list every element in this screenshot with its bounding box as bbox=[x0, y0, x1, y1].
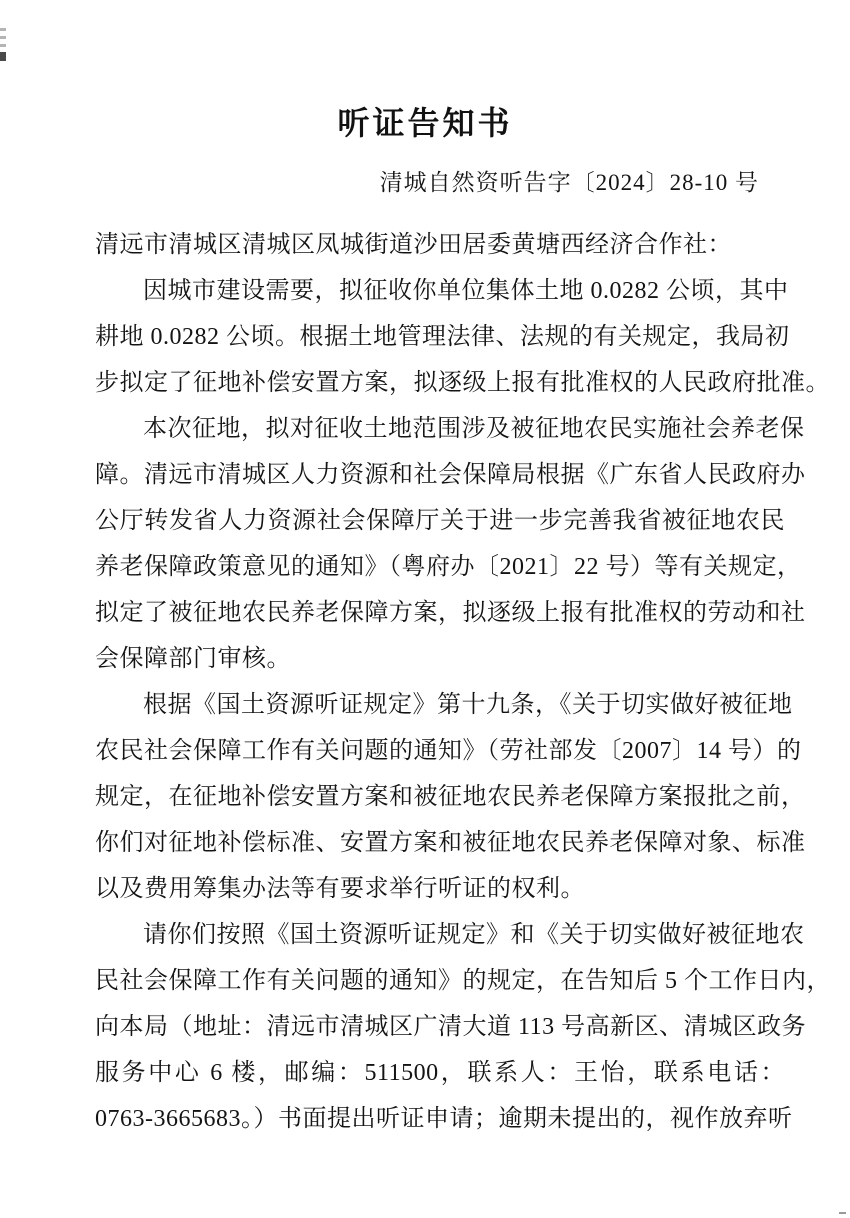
body-line: 步拟定了征地补偿安置方案，拟逐级上报有批准权的人民政府批准。 bbox=[95, 360, 785, 406]
scan-artifact-mark bbox=[0, 52, 6, 61]
body-line: 农民社会保障工作有关问题的通知》（劳社部发〔2007〕14 号）的 bbox=[95, 728, 785, 774]
body-line: 会保障部门审核。 bbox=[95, 636, 785, 682]
body-line: 向本局（地址：清远市清城区广清大道 113 号高新区、清城区政务 bbox=[95, 1004, 785, 1050]
body-line: 服务中心 6 楼，邮编：511500，联系人：王怡，联系电话： bbox=[95, 1050, 785, 1096]
body-line: 请你们按照《国土资源听证规定》和《关于切实做好被征地农 bbox=[95, 912, 785, 958]
body-line: 0763-3665683。）书面提出听证申请；逾期未提出的，视作放弃听 bbox=[95, 1096, 785, 1142]
body-line: 规定，在征地补偿安置方案和被征地农民养老保障方案报批之前， bbox=[95, 774, 785, 820]
scan-artifact-mark bbox=[0, 44, 6, 47]
document-number: 清城自然资听告字〔2024〕28-10 号 bbox=[95, 168, 785, 198]
body-line: 因城市建设需要，拟征收你单位集体土地 0.0282 公顷，其中 bbox=[95, 268, 785, 314]
body-line: 民社会保障工作有关问题的通知》的规定，在告知后 5 个工作日内， bbox=[95, 958, 785, 1004]
paragraphs-container: 因城市建设需要，拟征收你单位集体土地 0.0282 公顷，其中耕地 0.0282… bbox=[95, 268, 785, 1142]
paragraph: 本次征地，拟对征收土地范围涉及被征地农民实施社会养老保障。清远市清城区人力资源和… bbox=[95, 406, 785, 682]
body-line: 以及费用筹集办法等有要求举行听证的权利。 bbox=[95, 866, 785, 912]
body-line: 你们对征地补偿标准、安置方案和被征地农民养老保障对象、标准 bbox=[95, 820, 785, 866]
body-line: 拟定了被征地农民养老保障方案，拟逐级上报有批准权的劳动和社 bbox=[95, 590, 785, 636]
scan-artifact-mark bbox=[0, 36, 6, 39]
body-line: 本次征地，拟对征收土地范围涉及被征地农民实施社会养老保 bbox=[95, 406, 785, 452]
scan-artifact-mark bbox=[0, 28, 6, 31]
document-title: 听证告知书 bbox=[0, 102, 850, 144]
addressee-line: 清远市清城区清城区凤城街道沙田居委黄塘西经济合作社： bbox=[95, 222, 785, 268]
body-line: 养老保障政策意见的通知》（粤府办〔2021〕22 号）等有关规定， bbox=[95, 544, 785, 590]
paragraph: 请你们按照《国土资源听证规定》和《关于切实做好被征地农民社会保障工作有关问题的通… bbox=[95, 912, 785, 1142]
scan-speck bbox=[839, 1212, 846, 1214]
document-body: 清远市清城区清城区凤城街道沙田居委黄塘西经济合作社： 因城市建设需要，拟征收你单… bbox=[95, 222, 785, 1142]
paragraph: 因城市建设需要，拟征收你单位集体土地 0.0282 公顷，其中耕地 0.0282… bbox=[95, 268, 785, 406]
body-line: 公厅转发省人力资源社会保障厅关于进一步完善我省被征地农民 bbox=[95, 498, 785, 544]
body-line: 耕地 0.0282 公顷。根据土地管理法律、法规的有关规定，我局初 bbox=[95, 314, 785, 360]
body-line: 障。清远市清城区人力资源和社会保障局根据《广东省人民政府办 bbox=[95, 452, 785, 498]
body-line: 根据《国土资源听证规定》第十九条，《关于切实做好被征地 bbox=[95, 682, 785, 728]
scan-artifact bbox=[0, 28, 7, 61]
paragraph: 根据《国土资源听证规定》第十九条，《关于切实做好被征地农民社会保障工作有关问题的… bbox=[95, 682, 785, 912]
document-page: 听证告知书 清城自然资听告字〔2024〕28-10 号 清远市清城区清城区凤城街… bbox=[0, 0, 850, 1218]
